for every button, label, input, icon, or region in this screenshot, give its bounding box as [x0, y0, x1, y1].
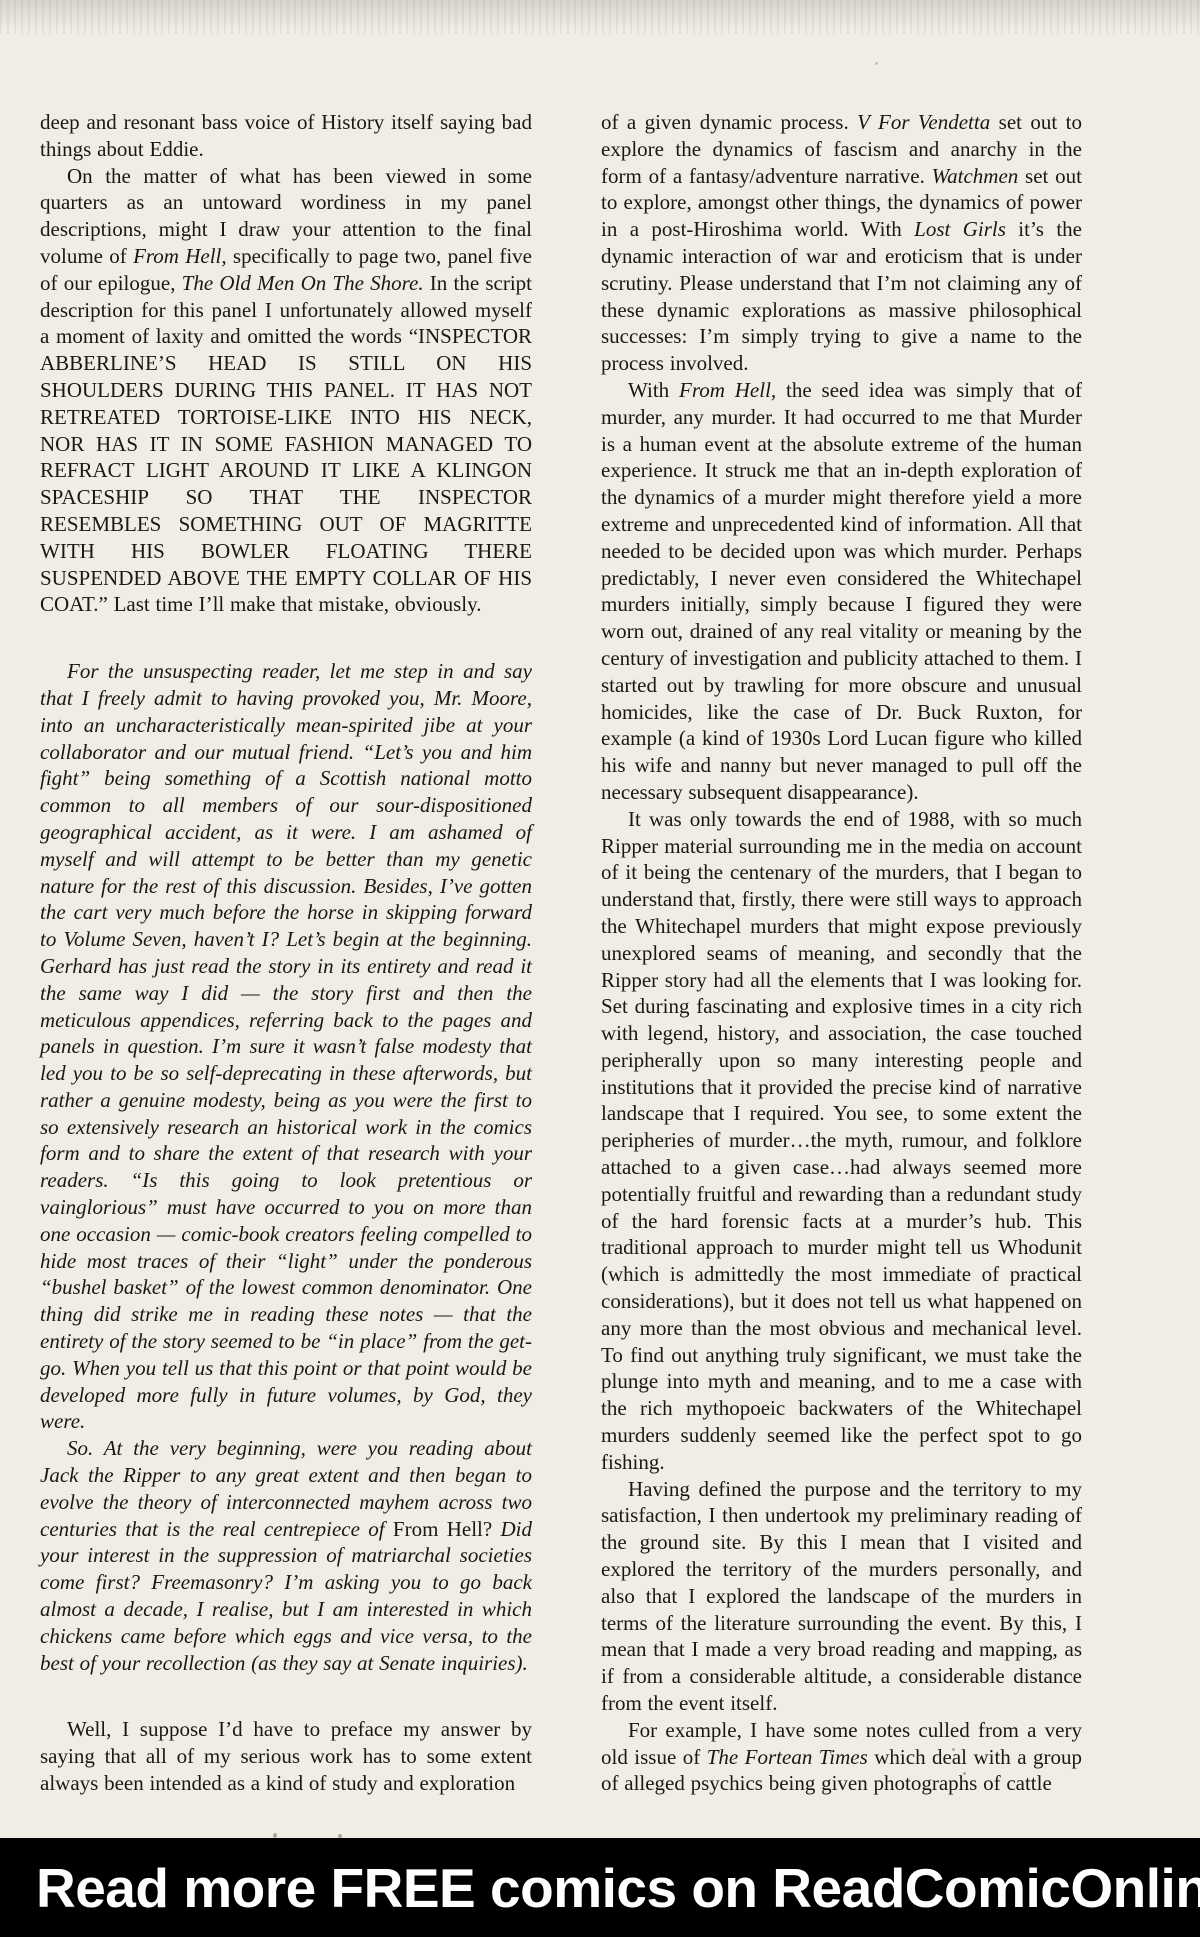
scan-noise-top-edge: [0, 0, 1200, 34]
paragraph: For example, I have some notes culled fr…: [601, 1717, 1082, 1797]
text-segment: From Hell?: [393, 1517, 492, 1541]
text-column-left: deep and resonant bass voice of History …: [40, 109, 532, 1797]
paragraph: So. At the very beginning, were you read…: [40, 1435, 532, 1676]
italic-text-segment: Lost Girls: [914, 217, 1006, 241]
text-segment: In the script description for this panel…: [40, 271, 532, 617]
paragraph: Well, I suppose I’d have to preface my a…: [40, 1716, 532, 1796]
paper-speck: [875, 62, 878, 65]
paragraph: On the matter of what has been viewed in…: [40, 163, 532, 619]
paragraph: of a given dynamic process. V For Vendet…: [601, 109, 1082, 377]
text-segment: of a given dynamic process.: [601, 110, 857, 134]
text-segment: deep and resonant bass voice of History …: [40, 110, 532, 161]
text-column-right: of a given dynamic process. V For Vendet…: [601, 109, 1082, 1797]
text-segment: Having defined the purpose and the terri…: [601, 1477, 1082, 1715]
paragraph: For the unsuspecting reader, let me step…: [40, 658, 532, 1435]
italic-text-segment: The Fortean Times: [707, 1745, 868, 1769]
italic-text-segment: Watchmen: [932, 164, 1019, 188]
italic-text-segment: V For Vendetta: [857, 110, 990, 134]
text-segment: With: [628, 378, 679, 402]
paragraph: With From Hell, the seed idea was simply…: [601, 377, 1082, 806]
paper-speck: [963, 1772, 966, 1775]
paragraph: deep and resonant bass voice of History …: [40, 109, 532, 163]
banner-text: Read more FREE comics on ReadComicOnline: [36, 1856, 1200, 1920]
italic-text-segment: From Hell,: [133, 244, 227, 268]
paragraph: It was only towards the end of 1988, wit…: [601, 806, 1082, 1476]
italic-text-segment: The Old Men On The Shore.: [182, 271, 424, 295]
text-segment: the seed idea was simply that of murder,…: [601, 378, 1082, 804]
italic-text-segment: For the unsuspecting reader, let me step…: [40, 659, 532, 1433]
text-segment: It was only towards the end of 1988, wit…: [601, 807, 1082, 1474]
text-segment: Well, I suppose I’d have to preface my a…: [40, 1717, 532, 1795]
readcomiconline-ad-banner[interactable]: Read more FREE comics on ReadComicOnline: [0, 1838, 1200, 1937]
paragraph: Having defined the purpose and the terri…: [601, 1476, 1082, 1717]
paper-speck: [952, 1748, 955, 1751]
italic-text-segment: From Hell,: [679, 378, 776, 402]
